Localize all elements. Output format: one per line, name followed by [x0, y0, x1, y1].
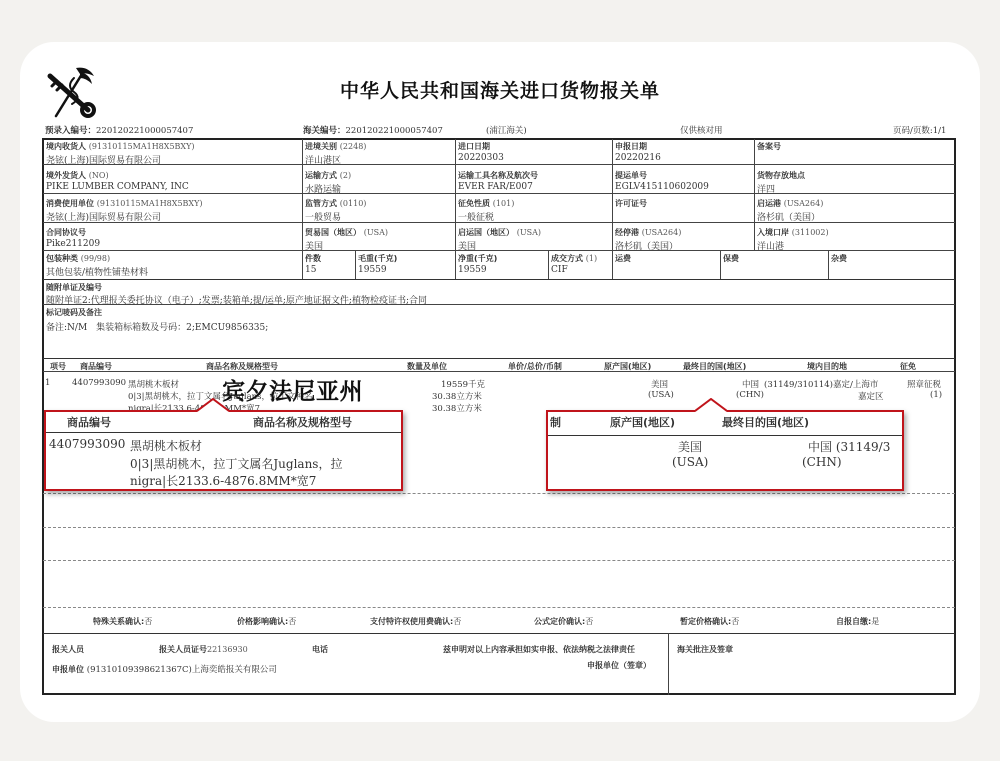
phone-label: 电话: [312, 644, 328, 655]
item-domestic-dest: (31149/310114)嘉定/上海市: [764, 378, 878, 390]
callout-col-destination: 最终目的国(地区): [722, 414, 809, 430]
item-no: 1: [45, 378, 50, 388]
field-label: 运费: [615, 253, 631, 264]
confirm-special-relationship: 特殊关系确认:否: [93, 616, 152, 627]
field-label: 运输方式 (2): [305, 170, 351, 181]
overlay-label: 宾夕法尼亚州: [222, 373, 363, 406]
confirm-price-influence: 价格影响确认:否: [237, 616, 296, 627]
document-title: 中华人民共和国海关进口货物报关单: [0, 76, 1000, 103]
declarant-id: 报关人员证号22136930: [159, 644, 248, 655]
item-exemption-code: (1): [930, 390, 942, 400]
field-value: 15: [305, 265, 316, 275]
field-value: Pike211209: [46, 239, 100, 249]
field-label: 进口日期: [458, 141, 490, 152]
col-destination: 最终目的国(地区): [683, 361, 746, 372]
field-label: 净重(千克): [458, 253, 497, 264]
field-value: 洋山港区: [305, 153, 341, 166]
callout-destination-code: (CHN): [802, 455, 842, 469]
item-qty-2: 30.38立方米: [432, 390, 482, 402]
field-label: 成交方式 (1): [551, 253, 597, 264]
callout-origin: 美国: [678, 438, 702, 455]
seal-label: 申报单位（签章）: [587, 660, 651, 671]
marks-label: 标记唛码及备注: [46, 307, 102, 318]
field-label: 件数: [305, 253, 321, 264]
field-label: 保费: [723, 253, 739, 264]
field-value: 美国: [305, 239, 323, 252]
field-label: 杂费: [831, 253, 847, 264]
field-value: EVER FAR/E007: [458, 182, 533, 192]
field-label: 境外发货人 (NO): [46, 170, 109, 181]
callout-col-hs: 商品编号: [67, 414, 111, 430]
field-value: 19559: [458, 265, 487, 275]
callout-name-1: 黑胡桃木板材: [130, 437, 202, 454]
declaring-unit: 申报单位 (91310109398621367C)上海奕皓报关有限公司: [52, 663, 277, 675]
declaration-statement: 兹申明对以上内容承担如实申报、依法纳税之法律责任: [443, 644, 635, 655]
callout-goods-name: 商品编号 商品名称及规格型号 4407993090 黑胡桃木板材 0|3|黑胡桃…: [44, 410, 403, 491]
pre-entry-number: 预录入编号：220120221000057407: [45, 124, 193, 136]
callout-col-currency: 制: [550, 414, 561, 430]
field-label: 贸易国（地区） (USA): [305, 227, 388, 238]
confirm-formula-pricing: 公式定价确认:否: [534, 616, 593, 627]
callout-origin-destination: 制 原产国(地区) 最终目的国(地区) 美国 (USA) 中国 (31149/3…: [546, 410, 904, 491]
col-exemption: 征免: [900, 361, 916, 372]
col-hs-code: 商品编号: [80, 361, 112, 372]
field-value: 一般贸易: [305, 210, 341, 223]
callout-destination: 中国 (31149/3: [808, 438, 890, 455]
field-value: 水路运输: [305, 182, 341, 195]
field-label: 消费使用单位 (91310115MA1H8X5BXY): [46, 198, 203, 209]
field-value: CIF: [551, 265, 568, 275]
item-destination-code: (CHN): [736, 390, 764, 400]
customs-office: (浦江海关): [486, 124, 527, 136]
field-label: 包装种类 (99/98): [46, 253, 110, 264]
callout-col-origin: 原产国(地区): [610, 414, 675, 430]
field-value: 洛杉矶（美国）: [757, 210, 820, 223]
callout-origin-code: (USA): [672, 455, 708, 469]
item-domestic-dest-2: 嘉定区: [858, 390, 884, 402]
field-label: 启运国（地区） (USA): [458, 227, 541, 238]
field-value: 尧铉(上海)国际贸易有限公司: [46, 210, 161, 223]
callout-name-2: 0|3|黑胡桃木，拉丁文属名Juglans，拉: [130, 455, 342, 472]
item-origin: 美国: [651, 378, 668, 390]
callout-hs-code: 4407993090: [49, 437, 125, 451]
field-value: 20220303: [458, 153, 504, 163]
field-label: 许可证号: [615, 198, 647, 209]
field-value: 一般征税: [458, 210, 494, 223]
customs-number: 海关编号：220120221000057407: [303, 124, 443, 136]
field-label: 运输工具名称及航次号: [458, 170, 538, 181]
marks-value: 备注:N/M 集装箱标箱数及号码：2;EMCU9856335;: [46, 320, 268, 333]
field-value: 洋山港: [757, 239, 784, 252]
attached-docs-value: 随附单证2:代理报关委托协议（电子）;发票;装箱单;提/运单;原产地证据文件;植…: [46, 293, 427, 306]
col-domestic-dest: 境内目的地: [807, 361, 847, 372]
item-qty-1: 19559千克: [441, 378, 485, 390]
field-value: EGLV415110602009: [615, 182, 709, 192]
callout-col-name: 商品名称及规格型号: [253, 414, 352, 430]
item-hs-code: 4407993090: [72, 378, 126, 388]
field-label: 征免性质 (101): [458, 198, 514, 209]
field-value: 洛杉矶（美国）: [615, 239, 678, 252]
item-origin-code: (USA): [648, 390, 674, 400]
field-value: 美国: [458, 239, 476, 252]
field-value: 洋四: [757, 182, 775, 195]
field-label: 监管方式 (0110): [305, 198, 366, 209]
col-quantity: 数量及单位: [407, 361, 447, 372]
col-goods-name: 商品名称及规格型号: [206, 361, 278, 372]
customs-approval-label: 海关批注及签章: [677, 644, 733, 655]
confirm-provisional-price: 暂定价格确认:否: [680, 616, 739, 627]
col-item-no: 项号: [50, 361, 66, 372]
item-exemption: 照章征税: [907, 378, 941, 390]
col-price: 单价/总价/币制: [508, 361, 562, 372]
declarant-label: 报关人员: [52, 644, 84, 655]
field-label: 申报日期: [615, 141, 647, 152]
field-label: 启运港 (USA264): [757, 198, 823, 209]
callout-pointer-icon: [695, 398, 727, 412]
field-label: 毛重(千克): [358, 253, 397, 264]
field-value: 19559: [358, 265, 387, 275]
page-indicator: 页码/页数:1/1: [893, 124, 946, 136]
field-value: PIKE LUMBER COMPANY, INC: [46, 182, 189, 192]
col-origin: 原产国(地区): [604, 361, 651, 372]
field-label: 经停港 (USA264): [615, 227, 681, 238]
confirm-self-declare: 自报自缴:是: [836, 616, 879, 627]
callout-name-3: nigra|长2133.6-4876.8MM*宽7: [130, 472, 316, 489]
field-label: 合同协议号: [46, 227, 86, 238]
field-label: 货物存放地点: [757, 170, 805, 181]
callout-pointer-icon: [197, 398, 229, 412]
field-label: 入境口岸 (311002): [757, 227, 829, 238]
field-label: 进境关别 (2248): [305, 141, 366, 152]
item-destination: 中国: [742, 378, 759, 390]
item-qty-3: 30.38立方米: [432, 402, 482, 414]
attached-docs-label: 随附单证及编号: [46, 282, 102, 293]
field-label: 备案号: [757, 141, 781, 152]
item-name: 黑胡桃木板材: [128, 378, 179, 390]
field-label: 境内收货人 (91310115MA1H8X5BXY): [46, 141, 195, 152]
confirm-royalty: 支付特许权使用费确认:否: [370, 616, 461, 627]
field-value: 尧铉(上海)国际贸易有限公司: [46, 153, 161, 166]
field-label: 提运单号: [615, 170, 647, 181]
field-value: 20220216: [615, 153, 661, 163]
field-value: 其他包装/植物性铺垫材料: [46, 265, 148, 278]
verification-note: 仅供核对用: [680, 124, 723, 136]
